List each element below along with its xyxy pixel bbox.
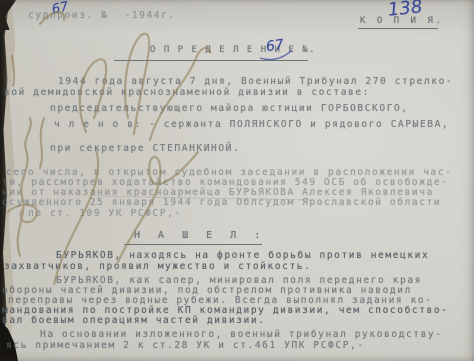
typed-line: председательствующего майора юстиции ГОР… [50,103,409,114]
copy-stamp: К О П И Я. [360,16,444,26]
scanned-document-page: судпроиз. № -1944г. 67 138 К О П И Я. О … [0,0,474,361]
copy-stamp-underline [358,28,438,29]
typed-line: вал боевым операциям частей дивизии. [2,315,266,326]
typed-line: при секретаре СТЕПАНКИНОЙ. [50,143,240,154]
section-heading-underline [124,244,262,245]
title-underline [114,60,308,61]
title-number-annotation: 67 [265,37,285,55]
typed-line: по ст. 109 УК РСФСР,- [28,208,182,219]
typed-line: На основании изложенного, военный трибун… [40,329,443,340]
document-title: О П Р Е Д Е Л Е Н И Е №. [150,45,316,55]
typed-line: ч л е н о в: - сержанта ПОЛЯНСКОГО и ряд… [54,119,449,130]
typed-line: ясь примечанием 2 к ст.28 УК и ст.461 УП… [6,340,365,351]
case-ref-suffix: -1944г. [125,10,176,21]
typed-line: осужденного 25 января 1944 года Облсудом… [2,197,441,208]
typed-line: захватчиков, проявил мужество и стойкост… [4,261,311,272]
section-heading: Н А Ш Е Л : [134,230,266,241]
case-ref-line: судпроиз. № -1944г. [28,10,176,21]
ink-scribble [40,118,44,168]
typed-line: вой демидовской краснознаменной дивизии … [4,87,370,98]
typed-line: 1944 года августа 7 дня, Военный Трибуна… [58,76,453,87]
typed-line: БУРЬЯКОВ, находясь на фронте борьбы прот… [56,250,429,261]
